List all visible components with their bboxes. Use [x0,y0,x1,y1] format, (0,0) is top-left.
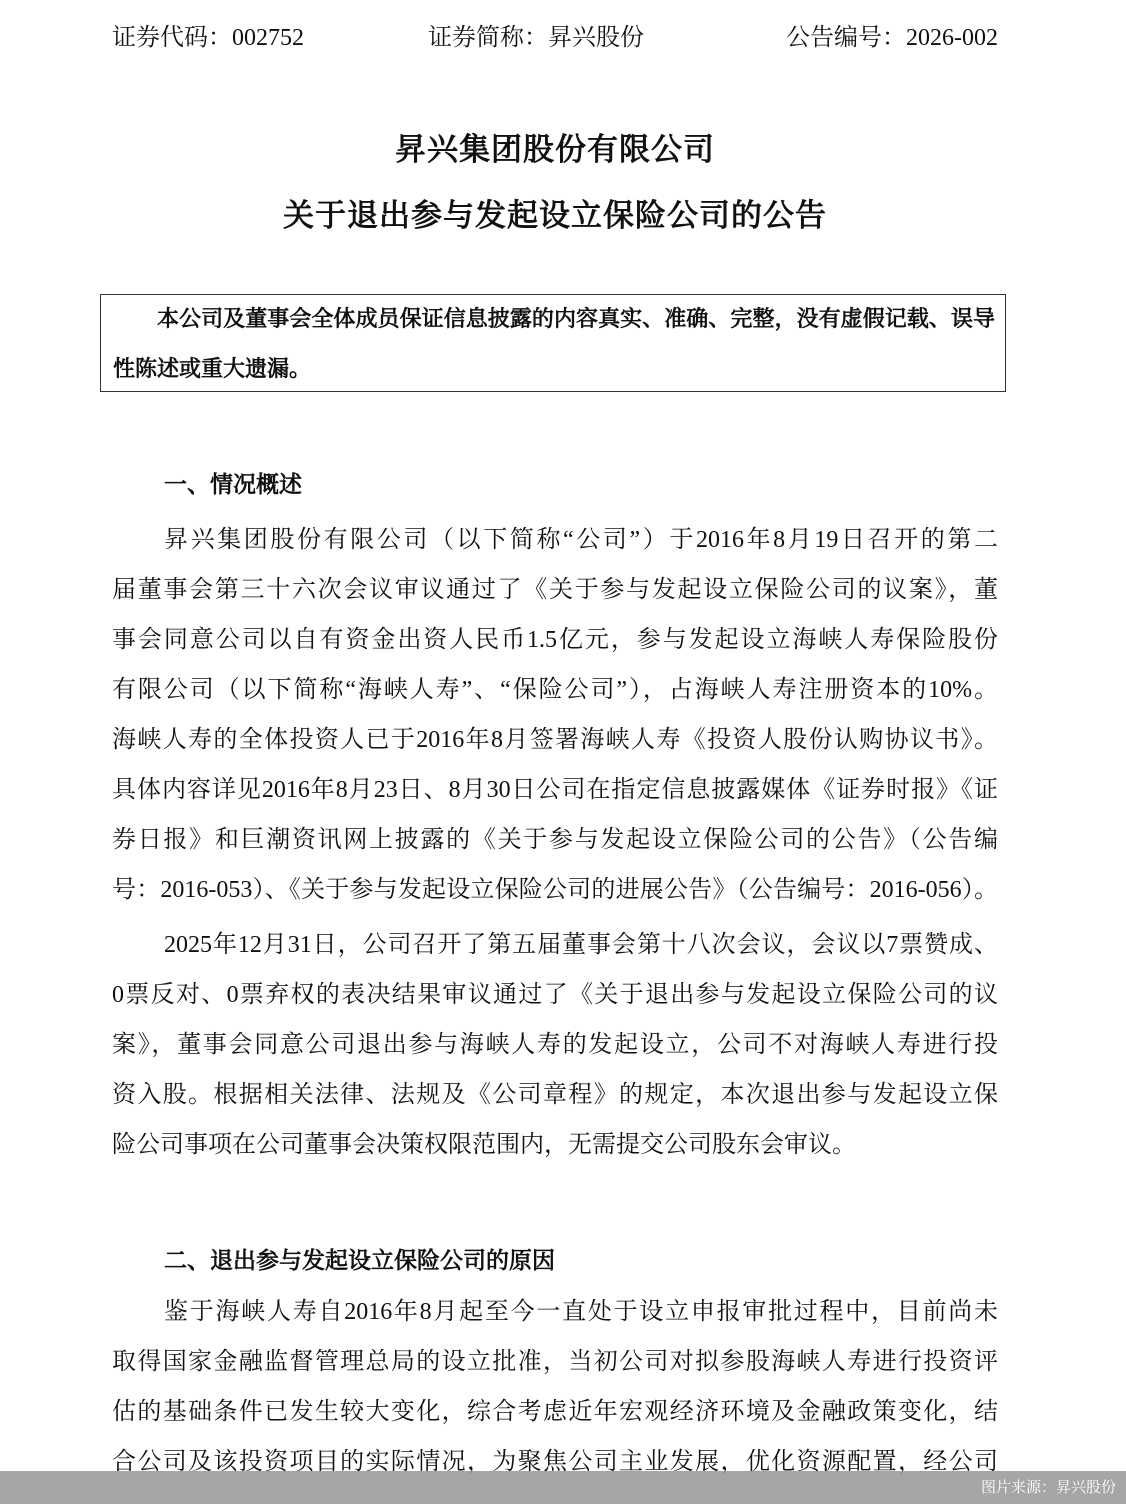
text-line: 估的基础条件已发生较大变化，综合考虑近年宏观经济环境及金融政策变化，结 [112,1387,998,1437]
paragraph-overview-2: 2025年12月31日，公司召开了第五届董事会第十八次会议，会议以7票赞成、 0… [112,920,998,1170]
text-line: 届董事会第三十六次会议审议通过了《关于参与发起设立保险公司的议案》，董 [112,565,998,615]
text-line: 有限公司（以下简称“海峡人寿”、“保险公司”），占海峡人寿注册资本的10%。 [112,665,998,715]
text-line: 号：2016-053）、《关于参与发起设立保险公司的进展公告》（公告编号：201… [112,865,998,915]
text-line: 具体内容详见2016年8月23日、8月30日公司在指定信息披露媒体《证券时报》《… [112,765,998,815]
disclosure-guarantee-box: 本公司及董事会全体成员保证信息披露的内容真实、准确、完整，没有虚假记载、误导性陈… [100,294,1006,392]
text-line: 券日报》和巨潮资讯网上披露的《关于参与发起设立保险公司的公告》（公告编 [112,815,998,865]
section-heading-reason: 二、退出参与发起设立保险公司的原因 [164,1242,555,1275]
image-source-caption: 图片来源：昇兴股份 [981,1476,1116,1497]
announcement-title: 关于退出参与发起设立保险公司的公告 [0,190,1110,235]
security-code: 证券代码：002752 [112,18,304,58]
text-line: 险公司事项在公司董事会决策权限范围内，无需提交公司股东会审议。 [112,1120,998,1170]
paragraph-overview-1: 昇兴集团股份有限公司（以下简称“公司”）于2016年8月19日召开的第二 届董事… [112,515,998,915]
text-line: 取得国家金融监督管理总局的设立批准，当初公司对拟参股海峡人寿进行投资评 [112,1337,998,1387]
text-line: 2025年12月31日，公司召开了第五届董事会第十八次会议，会议以7票赞成、 [112,920,998,970]
paragraph-reason-1: 鉴于海峡人寿自2016年8月起至今一直处于设立申报审批过程中，目前尚未 取得国家… [112,1287,998,1487]
company-title: 昇兴集团股份有限公司 [0,124,1110,169]
text-line: 昇兴集团股份有限公司（以下简称“公司”）于2016年8月19日召开的第二 [112,515,998,565]
text-line: 案》，董事会同意公司退出参与海峡人寿的发起设立，公司不对海峡人寿进行投 [112,1020,998,1070]
section-heading-overview: 一、情况概述 [164,466,302,499]
text-line: 鉴于海峡人寿自2016年8月起至今一直处于设立申报审批过程中，目前尚未 [112,1287,998,1337]
disclosure-guarantee-text: 本公司及董事会全体成员保证信息披露的内容真实、准确、完整，没有虚假记载、误导性陈… [113,295,995,395]
text-line: 资入股。根据相关法律、法规及《公司章程》的规定，本次退出参与发起设立保 [112,1070,998,1120]
document-header: 证券代码：002752 证券简称：昇兴股份 公告编号：2026-002 [112,18,998,58]
security-abbreviation: 证券简称：昇兴股份 [428,18,644,58]
announcement-number: 公告编号：2026-002 [786,18,998,58]
image-source-bar: 图片来源：昇兴股份 [0,1471,1126,1504]
text-line: 0票反对、0票弃权的表决结果审议通过了《关于退出参与发起设立保险公司的议 [112,970,998,1020]
text-line: 事会同意公司以自有资金出资人民币1.5亿元，参与发起设立海峡人寿保险股份 [112,615,998,665]
text-line: 海峡人寿的全体投资人已于2016年8月签署海峡人寿《投资人股份认购协议书》。 [112,715,998,765]
